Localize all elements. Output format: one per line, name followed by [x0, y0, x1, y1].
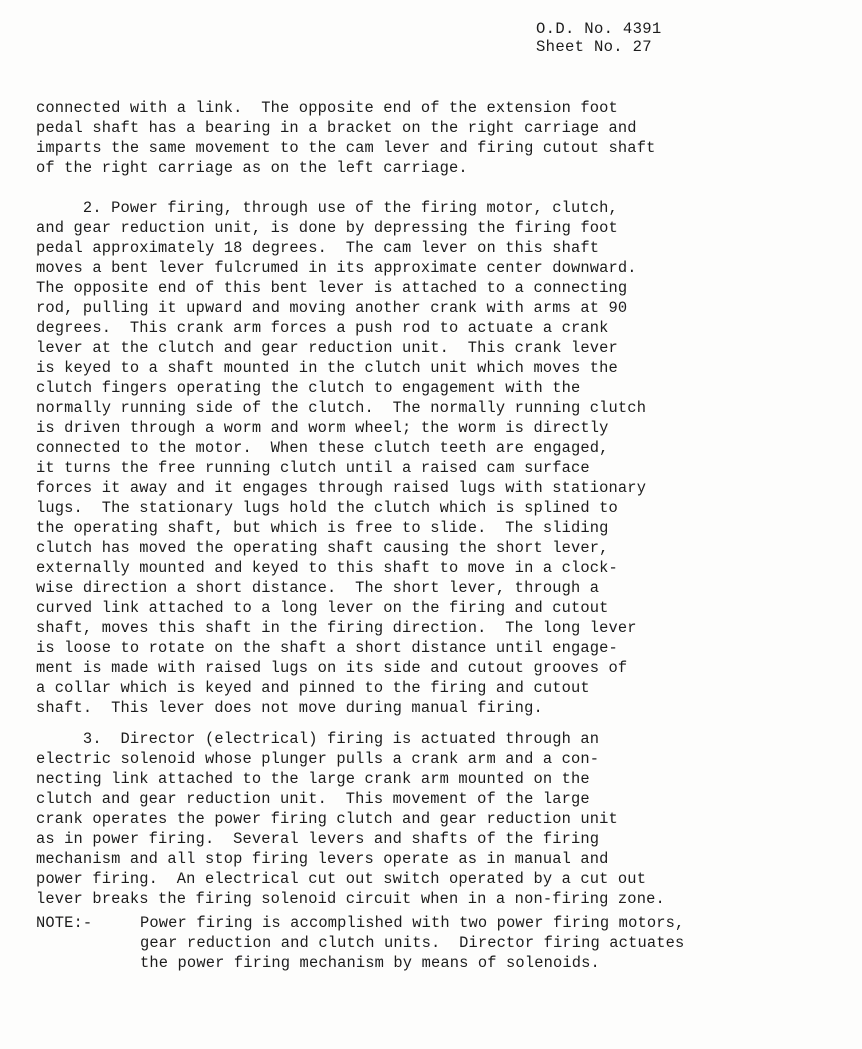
- text-line: lever at the clutch and gear reduction u…: [36, 338, 646, 358]
- text-line: of the right carriage as on the left car…: [36, 158, 655, 178]
- text-line: degrees. This crank arm forces a push ro…: [36, 318, 646, 338]
- text-line: and gear reduction unit, is done by depr…: [36, 218, 646, 238]
- text-line: wise direction a short distance. The sho…: [36, 578, 646, 598]
- note-block: NOTE:- Power firing is accomplished with…: [36, 913, 684, 973]
- document-page: O.D. No. 4391 Sheet No. 27 connected wit…: [0, 0, 862, 1049]
- text-line: gear reduction and clutch units. Directo…: [140, 933, 684, 953]
- text-line: necting link attached to the large crank…: [36, 769, 665, 789]
- text-line: pedal shaft has a bearing in a bracket o…: [36, 118, 655, 138]
- text-line: normally running side of the clutch. The…: [36, 398, 646, 418]
- text-line: moves a bent lever fulcrumed in its appr…: [36, 258, 646, 278]
- text-line: 3. Director (electrical) firing is actua…: [36, 729, 665, 749]
- text-line: shaft, moves this shaft in the firing di…: [36, 618, 646, 638]
- text-line: crank operates the power firing clutch a…: [36, 809, 665, 829]
- text-line: pedal approximately 18 degrees. The cam …: [36, 238, 646, 258]
- text-line: lever breaks the firing solenoid circuit…: [36, 889, 665, 909]
- text-line: is keyed to a shaft mounted in the clutc…: [36, 358, 646, 378]
- text-line: connected to the motor. When these clutc…: [36, 438, 646, 458]
- text-line: is driven through a worm and worm wheel;…: [36, 418, 646, 438]
- note-label: NOTE:-: [36, 913, 140, 973]
- text-line: it turns the free running clutch until a…: [36, 458, 646, 478]
- text-line: a collar which is keyed and pinned to th…: [36, 678, 646, 698]
- text-line: ment is made with raised lugs on its sid…: [36, 658, 646, 678]
- text-line: The opposite end of this bent lever is a…: [36, 278, 646, 298]
- text-line: Power firing is accomplished with two po…: [140, 913, 684, 933]
- paragraph-power-firing: 2. Power firing, through use of the firi…: [36, 198, 646, 718]
- text-line: the power firing mechanism by means of s…: [140, 953, 684, 973]
- document-header: O.D. No. 4391 Sheet No. 27: [536, 20, 662, 56]
- text-line: 2. Power firing, through use of the firi…: [36, 198, 646, 218]
- text-line: as in power firing. Several levers and s…: [36, 829, 665, 849]
- text-line: imparts the same movement to the cam lev…: [36, 138, 655, 158]
- text-line: power firing. An electrical cut out swit…: [36, 869, 665, 889]
- text-line: lugs. The stationary lugs hold the clutc…: [36, 498, 646, 518]
- text-line: shaft. This lever does not move during m…: [36, 698, 646, 718]
- text-line: clutch has moved the operating shaft cau…: [36, 538, 646, 558]
- paragraph-director-firing: 3. Director (electrical) firing is actua…: [36, 729, 665, 909]
- text-line: clutch and gear reduction unit. This mov…: [36, 789, 665, 809]
- text-line: curved link attached to a long lever on …: [36, 598, 646, 618]
- text-line: externally mounted and keyed to this sha…: [36, 558, 646, 578]
- text-line: the operating shaft, but which is free t…: [36, 518, 646, 538]
- text-line: electric solenoid whose plunger pulls a …: [36, 749, 665, 769]
- paragraph-continuation: connected with a link. The opposite end …: [36, 98, 655, 178]
- text-line: is loose to rotate on the shaft a short …: [36, 638, 646, 658]
- text-line: connected with a link. The opposite end …: [36, 98, 655, 118]
- sheet-number: Sheet No. 27: [536, 38, 662, 56]
- text-line: forces it away and it engages through ra…: [36, 478, 646, 498]
- text-line: rod, pulling it upward and moving anothe…: [36, 298, 646, 318]
- note-body: Power firing is accomplished with two po…: [140, 913, 684, 973]
- text-line: clutch fingers operating the clutch to e…: [36, 378, 646, 398]
- od-number: O.D. No. 4391: [536, 20, 662, 38]
- text-line: mechanism and all stop firing levers ope…: [36, 849, 665, 869]
